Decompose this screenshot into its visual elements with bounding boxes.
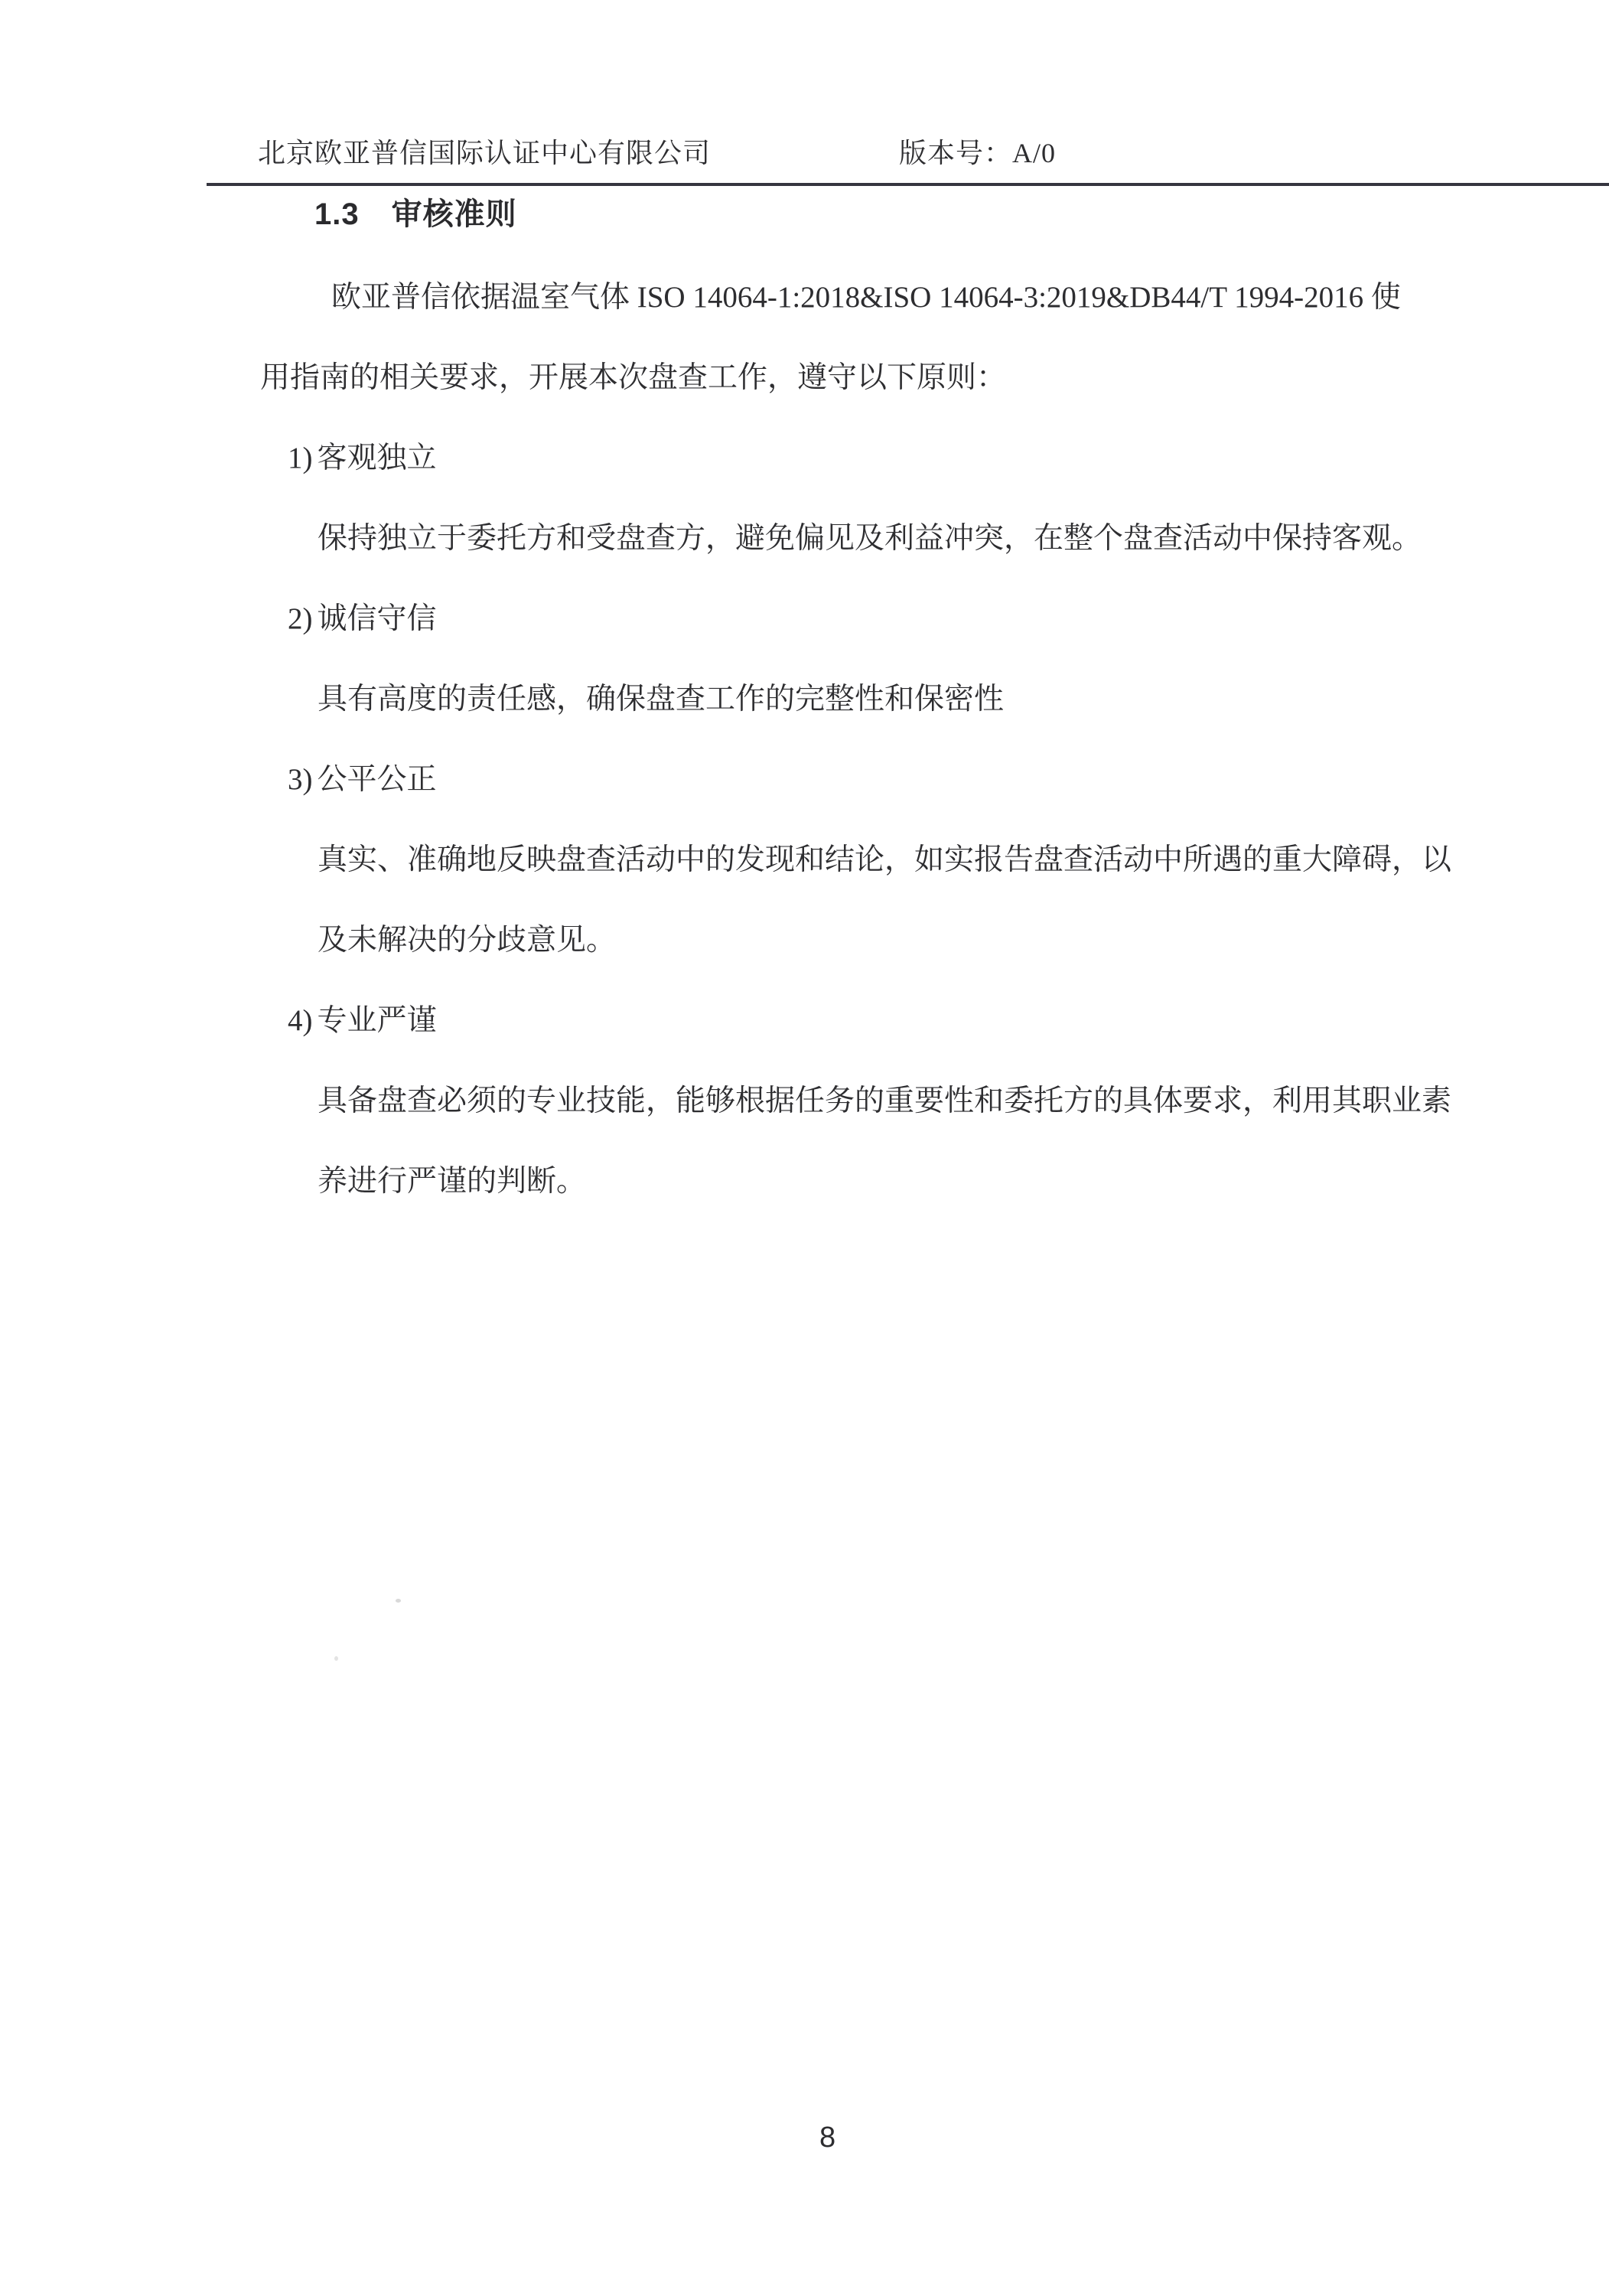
- principle-3-description-line-2: 及未解决的分歧意见。: [318, 924, 616, 958]
- section-heading: 1.3审核准则: [314, 199, 517, 230]
- intro-paragraph-line-2: 用指南的相关要求，开展本次盘查工作，遵守以下原则：: [260, 361, 1006, 396]
- principle-4-name: 专业严谨: [318, 1004, 437, 1037]
- principle-2-description-line-1: 具有高度的责任感，确保盘查工作的完整性和保密性: [318, 683, 1004, 717]
- principle-3-title: 3)公平公正: [288, 763, 437, 797]
- principle-1-label: 1): [288, 442, 313, 475]
- scan-speck: [396, 1599, 401, 1603]
- principle-2-label: 2): [288, 602, 313, 635]
- principle-3-description-line-1: 真实、准确地反映盘查活动中的发现和结论，如实报告盘查活动中所遇的重大障碍，以: [318, 843, 1451, 878]
- principle-1-title: 1)客观独立: [288, 442, 437, 476]
- principle-1-name: 客观独立: [318, 442, 437, 475]
- principle-4-description-line-1: 具备盘查必须的专业技能，能够根据任务的重要性和委托方的具体要求，利用其职业素: [318, 1084, 1451, 1119]
- header-company-name: 北京欧亚普信国际认证中心有限公司: [258, 139, 711, 167]
- principle-2-name: 诚信守信: [318, 602, 437, 635]
- scan-speck: [334, 1656, 338, 1661]
- principle-1-description-line-1: 保持独立于委托方和受盘查方，避免偏见及利益冲突，在整个盘查活动中保持客观。: [318, 522, 1422, 556]
- page-number: 8: [819, 2123, 835, 2152]
- header-divider-rule: [207, 183, 1609, 186]
- principle-3-label: 3): [288, 763, 313, 796]
- principle-3-name: 公平公正: [318, 763, 437, 796]
- principle-4-description-line-2: 养进行严谨的判断。: [318, 1165, 586, 1199]
- principle-4-title: 4)专业严谨: [288, 1004, 437, 1039]
- principle-2-title: 2)诚信守信: [288, 602, 437, 637]
- section-title: 审核准则: [392, 197, 517, 231]
- section-number: 1.3: [314, 197, 360, 231]
- document-page: 北京欧亚普信国际认证中心有限公司 版本号：A/0 1.3审核准则 欧亚普信依据温…: [0, 0, 1609, 2296]
- header-version-label: 版本号：A/0: [899, 139, 1056, 167]
- principle-4-label: 4): [288, 1004, 313, 1037]
- intro-paragraph-line-1: 欧亚普信依据温室气体 ISO 14064-1:2018&ISO 14064-3:…: [331, 281, 1401, 315]
